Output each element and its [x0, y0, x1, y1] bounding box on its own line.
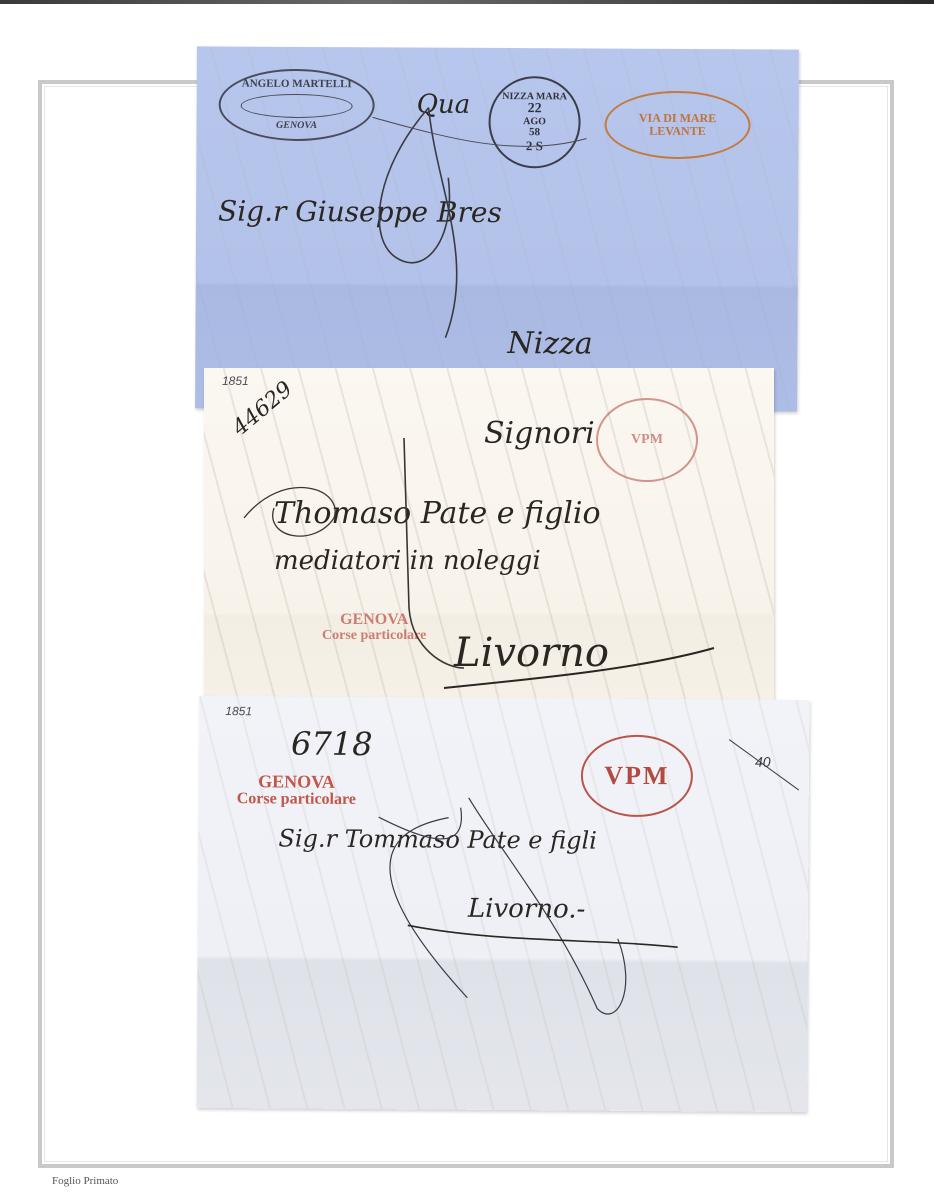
cover-cream-livorno: 1851 44629 VPM Signori Thomaso Pate e fi…: [204, 368, 774, 708]
cover-white-livorno: 1851 6718 GENOVA Corse particolare VPM 4…: [197, 696, 810, 1112]
pen-strokes: [204, 368, 774, 708]
cover-blue-nizza: ANGELO MARTELLI GENOVA Qua NIZZA MARA 22…: [195, 46, 799, 411]
album-page-title: Foglio Primato: [52, 1175, 118, 1187]
scan-top-edge: [0, 0, 934, 4]
pen-strokes: [197, 696, 810, 1112]
pen-flourish: [195, 46, 799, 411]
